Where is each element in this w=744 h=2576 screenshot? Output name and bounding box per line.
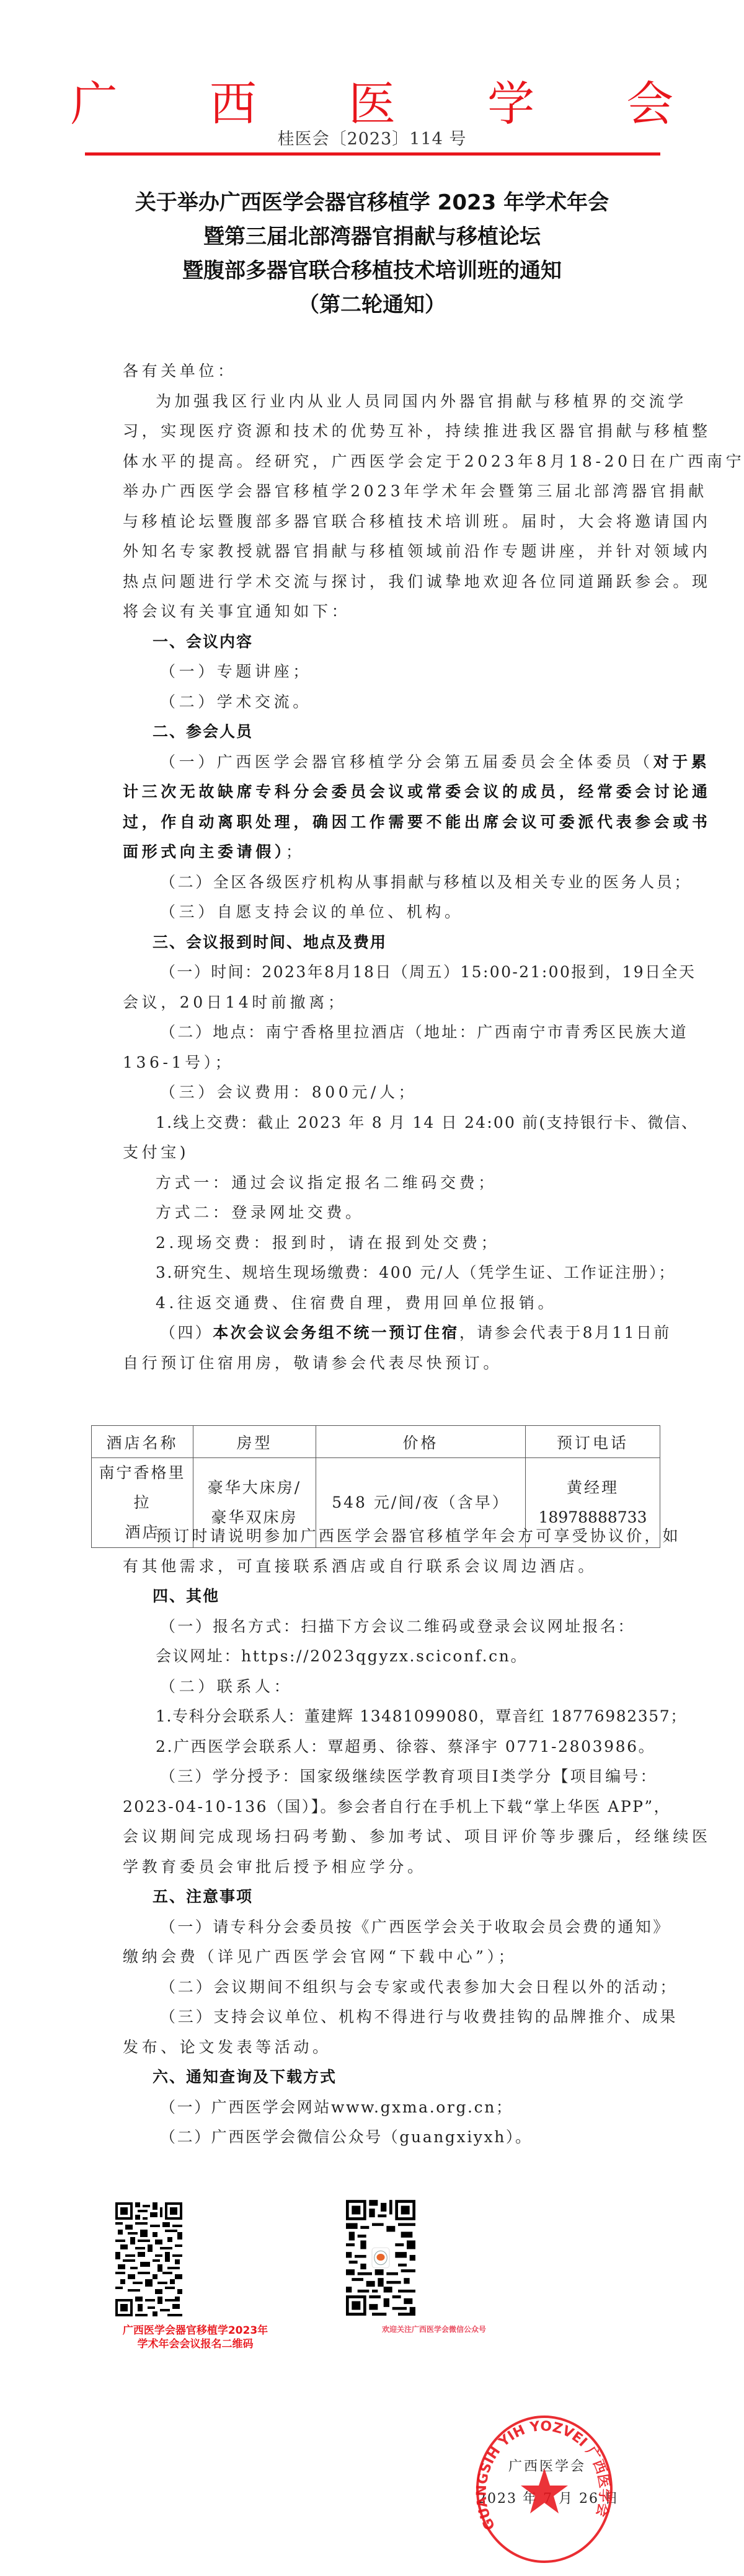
intro-line: 举办广西医学会器官移植学2023年学术年会暨第三届北部湾器官捐献 xyxy=(123,477,658,507)
attendee-item-3: （三）自愿支持会议的单位、机构。 xyxy=(123,897,658,928)
onsite-payment-line: 2.现场交费：报到时，请在报到处交费； xyxy=(123,1228,658,1259)
intro-line: 热点问题进行学术交流与探讨，我们诚挚地欢迎各位同道踊跃参会。现 xyxy=(123,567,658,597)
table-header-cell: 预订电话 xyxy=(526,1426,660,1458)
venue-line: （二）地点：南宁香格里拉酒店（地址：广西南宁市青秀区民族大道 xyxy=(123,1018,658,1048)
credit-line: （三）学分授予：国家级继续医学教育项目Ⅰ类学分【项目编号： xyxy=(123,1762,658,1792)
contacts-title: （二）联系人： xyxy=(123,1672,658,1702)
qr-code-icon xyxy=(115,2202,182,2316)
official-seal-icon: GUANGSIH YIH YOZVEI 广西医学会 xyxy=(474,2414,615,2565)
headline-line: 暨第三届北部湾器官捐献与移植论坛 xyxy=(0,220,744,254)
payment-method-2: 方式二：登录网址交费。 xyxy=(123,1198,658,1228)
online-payment-line: 1.线上交费：截止 2023 年 8 月 14 日 24:00 前(支持银行卡、… xyxy=(123,1108,658,1138)
notice-document: 广 西 医 学 会 桂医会〔2023〕114 号 关于举办广西医学会器官移植学 … xyxy=(0,0,744,2576)
headline-line: （第二轮通知） xyxy=(0,288,744,322)
time-line: 会议，20日14时前撤离； xyxy=(123,988,658,1018)
credit-line: 学教育委员会审批后授予相应学分。 xyxy=(123,1852,658,1883)
section-title-notes: 五、注意事项 xyxy=(123,1882,658,1912)
intro-line: 外知名专家教授就器官捐献与移植领域前沿作专题讲座，并针对领域内 xyxy=(123,537,658,567)
attendee-item-1-suffix: ； xyxy=(286,843,305,861)
lodging-line: （四）本次会议会务组不统一预订住宿，请参会代表于8月11日前 xyxy=(123,1318,658,1348)
intro-line: 为加强我区行业内从业人员同国内外器官捐献与移植界的交流学 xyxy=(123,387,658,417)
qr-code-icon xyxy=(346,2200,415,2316)
section-title-content: 一、会议内容 xyxy=(123,627,658,657)
credit-line: 2023-04-10-136（国）】。参会者自行在手机上下载“掌上华医 APP”… xyxy=(123,1792,658,1822)
lodging-rest: ，请参会代表于8月11日前 xyxy=(459,1324,671,1342)
attendee-item-1-bold: 对于累 xyxy=(653,753,711,771)
attendee-item-1-bold-line: 计三次无故缺席专科分会委员会议或常委会议的成员，经常委会讨论通 xyxy=(123,777,658,807)
section-item: （二）学术交流。 xyxy=(123,687,658,718)
section-title-download: 六、通知查询及下载方式 xyxy=(123,2062,658,2093)
wechat-qr-caption: 欢迎关注广西医学会微信公众号 xyxy=(335,2324,533,2334)
attendee-item-1-end: 面形式向主委请假）； xyxy=(123,837,658,868)
attendee-item-1-bold-line: 过，作自动离职处理，确因工作需要不能出席会议可委派代表参会或书 xyxy=(123,807,658,838)
section-title-other: 四、其他 xyxy=(123,1581,658,1612)
credit-line: 会议期间完成现场扫码考勤、参加考试、项目评价等步骤后，经继续医 xyxy=(123,1822,658,1852)
headline-line: 关于举办广西医学会器官移植学 2023 年学术年会 xyxy=(0,186,744,220)
contact-line: 1.专科分会联系人：董建辉 13481099080，覃音红 1877698235… xyxy=(123,1702,658,1732)
intro-line: 与移植论坛暨腹部多器官联合移植技术培训班。届时，大会将邀请国内 xyxy=(123,507,658,537)
attendee-item-1: （一）广西医学会器官移植学分会第五届委员会全体委员（对于累 xyxy=(123,747,658,778)
red-divider xyxy=(85,152,660,156)
wechat-line: （二）广西医学会微信公众号（guangxiyxh）。 xyxy=(123,2122,658,2153)
time-line: （一）时间：2023年8月18日（周五）15:00-21:00报到，19日全天 xyxy=(123,957,658,988)
wechat-qr-code[interactable] xyxy=(346,2200,415,2316)
contact-name: 黄经理 xyxy=(528,1473,657,1503)
body-text-continued: 预订时请说明参加广西医学会器官移植学年会方可享受协议价，如 有其他需求，可直接联… xyxy=(123,1521,658,2153)
fee-line: （三）会议费用：800元/人； xyxy=(123,1078,658,1108)
note-item: （一）请专科分会委员按《广西医学会关于收取会员会费的通知》 xyxy=(123,1912,658,1943)
table-header-cell: 酒店名称 xyxy=(92,1426,193,1458)
qr-caption-line: 广西医学会器官移植学2023年 xyxy=(102,2324,288,2337)
intro-line: 习，实现医疗资源和技术的优势互补，持续推进我区器官捐献与移植整 xyxy=(123,416,658,447)
attendee-item-2: （二）全区各级医疗机构从事捐献与移植以及相关专业的医务人员； xyxy=(123,868,658,898)
intro-line: 体水平的提高。经研究，广西医学会定于2023年8月18-20日在广西南宁 xyxy=(123,447,658,477)
lodging-bold: 本次会议会务组不统一预订住宿 xyxy=(213,1324,459,1342)
registration-method: （一）报名方式：扫描下方会议二维码或登录会议网址报名： xyxy=(123,1612,658,1642)
travel-cost-line: 4.往返交通费、住宿费自理，费用回单位报销。 xyxy=(123,1288,658,1319)
intro-line: 将会议有关事宜通知如下： xyxy=(123,597,658,627)
hotel-name: 南宁香格里拉 xyxy=(94,1458,190,1518)
online-payment-line: 支付宝) xyxy=(123,1138,658,1168)
salutation: 各有关单位： xyxy=(123,356,658,387)
website-line[interactable]: （一）广西医学会网站www.gxma.org.cn； xyxy=(123,2093,658,2123)
table-header-row: 酒店名称 房型 价格 预订电话 xyxy=(92,1426,660,1458)
registration-qr-caption: 广西医学会器官移植学2023年 学术年会会议报名二维码 xyxy=(102,2324,288,2351)
note-item: 发布、论文发表等活动。 xyxy=(123,2033,658,2063)
section-title-time-venue-fees: 三、会议报到时间、地点及费用 xyxy=(123,928,658,958)
note-item: （二）会议期间不组织与会专家或代表参加大会日程以外的活动； xyxy=(123,1972,658,2003)
section-title-attendees: 二、参会人员 xyxy=(123,717,658,747)
table-header-cell: 房型 xyxy=(193,1426,316,1458)
section-item: （一）专题讲座； xyxy=(123,657,658,687)
payment-method-1: 方式一：通过会议指定报名二维码交费； xyxy=(123,1168,658,1198)
note-item: 缴纳会费（详见广西医学会官网“下载中心”）； xyxy=(123,1942,658,1972)
note-item: （三）支持会议单位、机构不得进行与收费挂钩的品牌推介、成果 xyxy=(123,2002,658,2033)
qr-caption-line: 学术年会会议报名二维码 xyxy=(102,2337,288,2351)
table-header-cell: 价格 xyxy=(316,1426,526,1458)
booking-note: 预订时请说明参加广西医学会器官移植学年会方可享受协议价，如 xyxy=(123,1521,658,1552)
attendee-item-1-bold-end: 面形式向主委请假） xyxy=(123,843,286,861)
headline-line: 暨腹部多器官联合移植技术培训班的通知 xyxy=(0,254,744,288)
doc-number: 桂医会〔2023〕114 号 xyxy=(0,125,744,149)
booking-note: 有其他需求，可直接联系酒店或自行联系会议周边酒店。 xyxy=(123,1552,658,1582)
venue-line: 136-1号）； xyxy=(123,1048,658,1078)
body-text: 各有关单位： 为加强我区行业内从业人员同国内外器官捐献与移植界的交流学 习，实现… xyxy=(123,356,658,1378)
conference-url[interactable]: 会议网址：https://2023qgyzx.sciconf.cn。 xyxy=(123,1642,658,1672)
lodging-prefix: （四） xyxy=(160,1324,213,1342)
student-fee-line: 3.研究生、规培生现场缴费：400 元/人（凭学生证、工作证注册）； xyxy=(123,1258,658,1288)
room-type: 豪华大床房/ xyxy=(196,1473,313,1503)
attendee-item-1-prefix: （一）广西医学会器官移植学分会第五届委员会全体委员（ xyxy=(160,753,653,771)
lodging-line-2: 自行预订住宿用房，敬请参会代表尽快预订。 xyxy=(123,1348,658,1379)
headline: 关于举办广西医学会器官移植学 2023 年学术年会 暨第三届北部湾器官捐献与移植… xyxy=(0,186,744,322)
contact-line: 2.广西医学会联系人：覃超勇、徐蓉、蔡泽宇 0771-2803986。 xyxy=(123,1732,658,1762)
registration-qr-code[interactable] xyxy=(115,2202,182,2316)
